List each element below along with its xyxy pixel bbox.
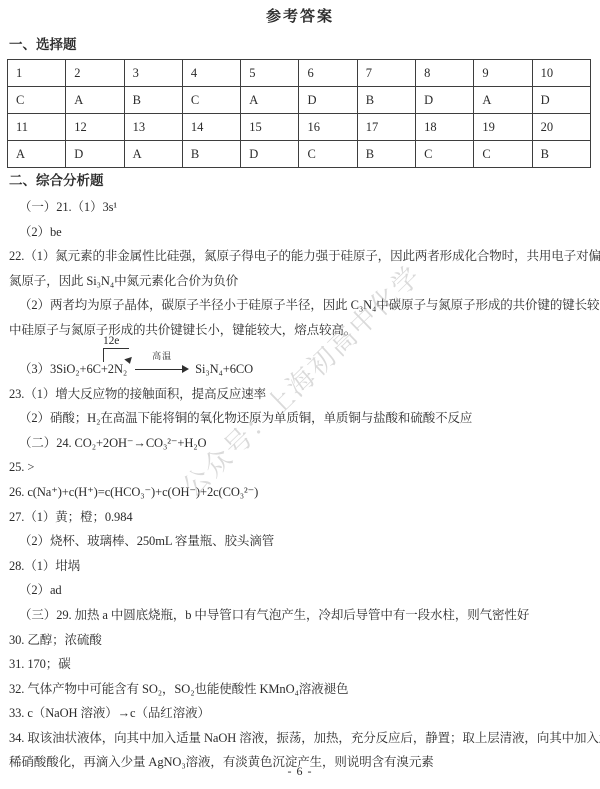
- electron-transfer-arrowhead-icon: [124, 356, 133, 364]
- table-cell: 12: [66, 114, 124, 141]
- table-cell: 14: [182, 114, 240, 141]
- table-row: 1 2 3 4 5 6 7 8 9 10: [8, 60, 591, 87]
- table-cell: B: [182, 141, 240, 168]
- table-cell: 11: [8, 114, 66, 141]
- table-cell: 18: [416, 114, 474, 141]
- table-cell: 8: [416, 60, 474, 87]
- table-row: A D A B D C B C C B: [8, 141, 591, 168]
- table-cell: A: [8, 141, 66, 168]
- answer-line: 33. c（NaOH 溶液）→c（品红溶液）: [0, 701, 600, 726]
- table-cell: D: [299, 87, 357, 114]
- answer-line: 31. 170；碳: [0, 652, 600, 677]
- section-heading-choice: 一、选择题: [0, 27, 600, 57]
- table-cell: C: [182, 87, 240, 114]
- arrow-shaft-icon: [135, 369, 187, 370]
- table-cell: 5: [241, 60, 299, 87]
- answer-line: （一）21.（1）3s¹: [0, 195, 600, 220]
- table-cell: A: [124, 141, 182, 168]
- table-cell: 2: [66, 60, 124, 87]
- equation-products: Si₃N₄+6CO: [195, 362, 253, 376]
- table-cell: 10: [532, 60, 590, 87]
- answer-line: 中硅原子与氮原子形成的共价键键长小，键能较大，熔点较高。: [0, 318, 600, 343]
- table-cell: B: [124, 87, 182, 114]
- answer-line: 26. c(Na⁺)+c(H⁺)=c(HCO₃⁻)+c(OH⁻)+2c(CO₃²…: [0, 480, 600, 505]
- table-cell: 7: [357, 60, 415, 87]
- answer-line: （二）24. CO₂+2OH⁻→CO₃²⁻+H₂O: [0, 431, 600, 456]
- table-cell: B: [357, 141, 415, 168]
- answer-line: 22.（1）氮元素的非金属性比硅强，氮原子得电子的能力强于硅原子，因此两者形成化…: [0, 244, 600, 269]
- table-cell: C: [416, 141, 474, 168]
- table-cell: 15: [241, 114, 299, 141]
- page-title: 参考答案: [0, 0, 600, 27]
- table-cell: D: [532, 87, 590, 114]
- answer-line: （2）be: [0, 220, 600, 245]
- table-cell: A: [474, 87, 532, 114]
- page-number: - 6 -: [0, 764, 600, 779]
- table-cell: A: [241, 87, 299, 114]
- answer-line: 30. 乙醇；浓硫酸: [0, 628, 600, 653]
- answer-line: （2）硝酸；H₂在高温下能将铜的氧化物还原为单质铜，单质铜与盐酸和硫酸不反应: [0, 406, 600, 431]
- table-cell: D: [66, 141, 124, 168]
- answer-line: 34. 取该油状液体，向其中加入适量 NaOH 溶液，振荡，加热，充分反应后，静…: [0, 726, 600, 751]
- answer-line: 氮原子，因此 Si₃N₄中氮元素化合价为负价: [0, 269, 600, 294]
- answer-line: （三）29. 加热 a 中圆底烧瓶，b 中导管口有气泡产生，冷却后导管中有一段水…: [0, 603, 600, 628]
- electron-transfer-label: 12e: [103, 335, 119, 347]
- table-row: 11 12 13 14 15 16 17 18 19 20: [8, 114, 591, 141]
- table-row: C A B C A D B D A D: [8, 87, 591, 114]
- table-cell: 6: [299, 60, 357, 87]
- table-cell: 13: [124, 114, 182, 141]
- equation-prefix: （3）: [19, 362, 50, 376]
- table-cell: B: [532, 141, 590, 168]
- answer-line: 28.（1）坩埚: [0, 554, 600, 579]
- answer-line: 27.（1）黄；橙；0.984: [0, 505, 600, 530]
- table-cell: D: [416, 87, 474, 114]
- reaction-condition: 高温: [135, 352, 189, 361]
- answer-line: 25. >: [0, 455, 600, 480]
- answer-line: （2）ad: [0, 578, 600, 603]
- table-cell: 1: [8, 60, 66, 87]
- table-cell: A: [66, 87, 124, 114]
- answer-key-page: 参考答案 一、选择题 1 2 3 4 5 6 7 8 9 10 C A B C …: [0, 0, 600, 789]
- table-cell: C: [8, 87, 66, 114]
- written-answers: （一）21.（1）3s¹ （2）be 22.（1）氮元素的非金属性比硅强，氮原子…: [0, 193, 600, 775]
- multiple-choice-answer-table: 1 2 3 4 5 6 7 8 9 10 C A B C A D B D A: [7, 59, 591, 168]
- table-cell: B: [357, 87, 415, 114]
- table-cell: 3: [124, 60, 182, 87]
- reaction-arrow: 高温: [135, 360, 189, 374]
- table-cell: 9: [474, 60, 532, 87]
- answer-line: 32. 气体产物中可能含有 SO₂，SO₂也能使酸性 KMnO₄溶液褪色: [0, 677, 600, 702]
- table-cell: 19: [474, 114, 532, 141]
- table-cell: 16: [299, 114, 357, 141]
- table-cell: C: [474, 141, 532, 168]
- answer-line: 23.（1）增大反应物的接触面积，提高反应速率: [0, 382, 600, 407]
- equation-reactants: 3SiO₂+6C+2N₂: [50, 362, 127, 376]
- table-cell: 17: [357, 114, 415, 141]
- answer-line: （2）烧杯、玻璃棒、250mL 容量瓶、胶头滴管: [0, 529, 600, 554]
- table-cell: D: [241, 141, 299, 168]
- table-cell: C: [299, 141, 357, 168]
- table-cell: 4: [182, 60, 240, 87]
- chemical-equation-line: （3）3SiO₂+6C+2N₂高温Si₃N₄+6CO 12e: [0, 356, 600, 382]
- section-heading-analysis: 二、综合分析题: [0, 168, 600, 193]
- answer-line: （2）两者均为原子晶体，碳原子半径小于硅原子半径，因此 C₃N₄中碳原子与氮原子…: [0, 293, 600, 318]
- table-cell: 20: [532, 114, 590, 141]
